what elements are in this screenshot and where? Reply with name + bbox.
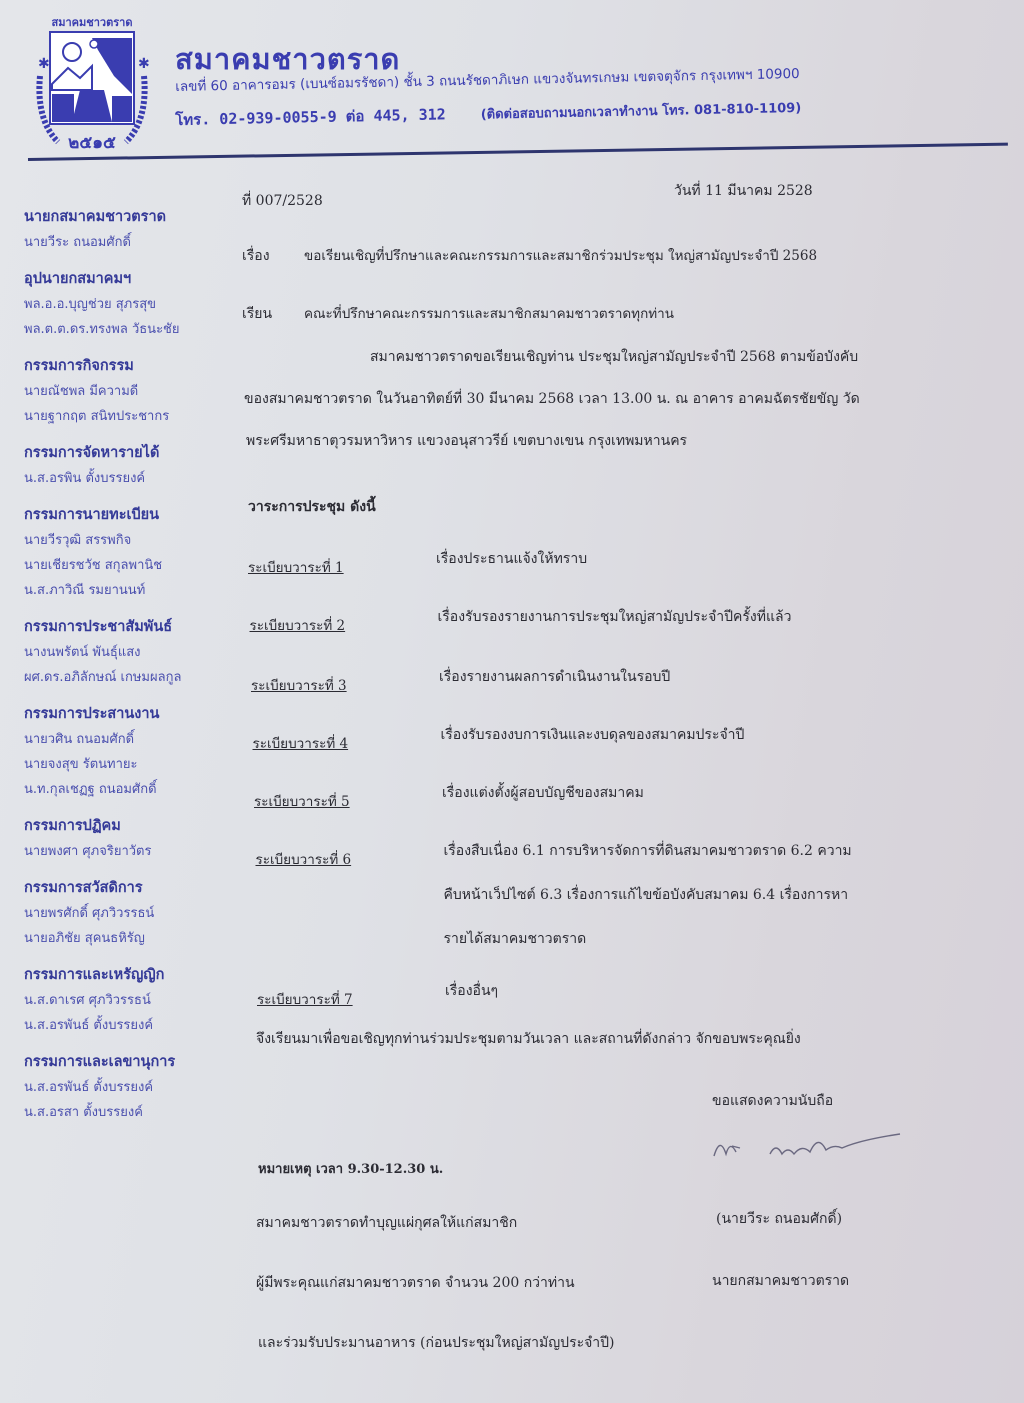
committee-title: กรรมการประสานงาน [24,702,254,727]
association-emblem-icon: สมาคมชาวตราด ✱ ✱ ๒๕๑๕ [28,10,156,158]
signer-name: (นายวีระ ถนอมศักดิ์) [716,1208,842,1230]
note-line: และร่วมรับประมานอาหาร (ก่อนประชุมใหญ่สาม… [258,1332,615,1354]
signer-title: นายกสมาคมชาวตราด [712,1270,849,1292]
committee-title: กรรมการปฏิคม [24,814,254,839]
committee-member: นางนพรัตน์ พันธุ์แสง [24,640,254,665]
note-label: หมายเหตุ เวลา 9.30-12.30 น. [258,1158,443,1179]
body-paragraph-line: พระศรีมหาธาตุวรมหาวิหาร แขวงอนุสาวรีย์ เ… [246,430,687,452]
agenda-item-text: เรื่องสืบเนื่อง 6.1 การบริหารจัดการที่ดิ… [444,840,852,862]
committee-member: น.ส.อรสา ตั้งบรรยงค์ [24,1100,254,1125]
regards-text: ขอแสดงความนับถือ [712,1090,833,1112]
committee-member: นายพรศักดิ์ ศุภวิวรรธน์ [24,901,254,926]
committee-member: นายณัชพล มีความดี [24,379,254,404]
committee-list: นายกสมาคมชาวตราดนายวีระ ถนอมศักดิ์อุปนาย… [24,205,254,1137]
committee-group: กรรมการปฏิคมนายพงศา ศุภจริยาวัตร [24,814,254,864]
committee-member: น.ส.อรพิน ตั้งบรรยงค์ [24,466,254,491]
committee-title: กรรมการสวัสดิการ [24,876,254,901]
letterhead-divider [28,143,1008,161]
committee-group: อุปนายกสมาคมฯพล.อ.อ.บุญช่วย สุภรสุขพล.ต.… [24,267,254,342]
committee-group: นายกสมาคมชาวตราดนายวีระ ถนอมศักดิ์ [24,205,254,255]
committee-member: ผศ.ดร.อภิลักษณ์ เกษมผลกูล [24,665,254,690]
recipient-label: เรียน [242,303,304,325]
committee-group: กรรมการประสานงานนายวศิน ถนอมศักดิ์นายจงส… [24,702,254,802]
committee-title: กรรมการจัดหารายได้ [24,441,254,466]
svg-text:✱: ✱ [38,56,50,72]
committee-title: อุปนายกสมาคมฯ [24,267,254,292]
svg-text:✱: ✱ [138,56,150,72]
organization-phone: โทร. 02-939-0055-9 ต่อ 445, 312 (ติดต่อส… [175,95,801,132]
committee-member: นายจงสุข รัตนทายะ [24,752,254,777]
subject-line: เรื่องขอเรียนเชิญที่ปรึกษาและคณะกรรมการแ… [242,244,817,267]
committee-group: กรรมการประชาสัมพันธ์นางนพรัตน์ พันธุ์แสง… [24,615,254,690]
committee-member: นายฐากฤต สนิทประชากร [24,404,254,429]
committee-title: กรรมการและเลขานุการ [24,1050,254,1075]
agenda-item-text: คืบหน้าเว็ปไซต์ 6.3 เรื่องการแก้ไขข้อบัง… [444,884,849,906]
body-paragraph-line: ของสมาคมชาวตราด ในวันอาทิตย์ที่ 30 มีนาค… [244,388,860,410]
committee-member: น.ส.อรพันธ์ ตั้งบรรยงค์ [24,1013,254,1038]
agenda-heading: วาระการประชุม ดังนี้ [248,496,376,518]
signature-image [710,1126,910,1166]
committee-member: นายวศิน ถนอมศักดิ์ [24,727,254,752]
agenda-item-text: เรื่องรับรองรายงานการประชุมใหญ่สามัญประจ… [438,606,792,628]
agenda-item-number: ระเบียบวาระที่ 1 [248,556,344,578]
agenda-item-number: ระเบียบวาระที่ 7 [257,988,353,1010]
committee-member: น.ท.กุลเชฏฐ ถนอมศักดิ์ [24,777,254,802]
subject-text: ขอเรียนเชิญที่ปรึกษาและคณะกรรมการและสมาช… [304,248,817,264]
agenda-item-text: รายได้สมาคมชาวตราด [444,928,587,950]
committee-member: นายเชียรชวัช สกุลพานิช [24,553,254,578]
committee-member: นายวีระ ถนอมศักดิ์ [24,230,254,255]
body-paragraph-line: สมาคมชาวตราดขอเรียนเชิญท่าน ประชุมใหญ่สา… [370,346,858,368]
agenda-item-number: ระเบียบวาระที่ 6 [256,848,352,870]
committee-member: น.ส.ภาวิณี รมยานนท์ [24,578,254,603]
committee-member: นายพงศา ศุภจริยาวัตร [24,839,254,864]
committee-title: กรรมการและเหรัญญิก [24,963,254,988]
agenda-item-number: ระเบียบวาระที่ 5 [254,790,350,812]
committee-group: กรรมการจัดหารายได้น.ส.อรพิน ตั้งบรรยงค์ [24,441,254,491]
committee-member: นายวีรวุฒิ สรรพกิจ [24,528,254,553]
closing-paragraph: จึงเรียนมาเพื่อขอเชิญทุกท่านร่วมประชุมตา… [256,1028,801,1050]
committee-member: พล.อ.อ.บุญช่วย สุภรสุข [24,292,254,317]
agenda-item-number: ระเบียบวาระที่ 2 [250,614,346,636]
committee-title: กรรมการกิจกรรม [24,354,254,379]
agenda-item-text: เรื่องแต่งตั้งผู้สอบบัญชีของสมาคม [442,782,644,804]
committee-title: นายกสมาคมชาวตราด [24,205,254,230]
committee-group: กรรมการและเลขานุการน.ส.อรพันธ์ ตั้งบรรยง… [24,1050,254,1125]
committee-member: น.ส.ดาเรศ ศุภวิวรรธน์ [24,988,254,1013]
committee-member: น.ส.อรพันธ์ ตั้งบรรยงค์ [24,1075,254,1100]
committee-group: กรรมการและเหรัญญิกน.ส.ดาเรศ ศุภวิวรรธน์น… [24,963,254,1038]
committee-title: กรรมการนายทะเบียน [24,503,254,528]
subject-label: เรื่อง [242,245,304,267]
agenda-item-text: เรื่องรายงานผลการดำเนินงานในรอบปี [439,666,670,688]
committee-member: พล.ต.ต.ดร.ทรงพล วัธนะชัย [24,317,254,342]
note-line: สมาคมชาวตราดทำบุญแผ่กุศลให้แก่สมาชิก [256,1212,517,1234]
reference-number: ที่ 007/2528 [242,190,323,212]
committee-title: กรรมการประชาสัมพันธ์ [24,615,254,640]
main-phone: โทร. 02-939-0055-9 ต่อ 445, 312 [175,105,446,129]
committee-member: นายอภิชัย สุคนธหิรัญ [24,926,254,951]
note-line: ผู้มีพระคุณแก่สมาคมชาวตราด จำนวน 200 กว่… [256,1272,575,1294]
svg-text:๒๕๑๕: ๒๕๑๕ [68,133,116,153]
after-hours-phone: (ติดต่อสอบถามนอกเวลาทำงาน โทร. 081-810-1… [481,101,802,123]
agenda-item-text: เรื่องอื่นๆ [445,980,498,1002]
committee-group: กรรมการกิจกรรมนายณัชพล มีความดีนายฐากฤต … [24,354,254,429]
recipient-line: เรียนคณะที่ปรึกษาคณะกรรมการและสมาชิกสมาค… [242,302,674,325]
agenda-item-text: เรื่องรับรองงบการเงินและงบดุลของสมาคมประ… [441,724,745,746]
agenda-item-text: เรื่องประธานแจ้งให้ทราบ [436,548,587,570]
agenda-item-number: ระเบียบวาระที่ 3 [251,674,347,696]
recipient-text: คณะที่ปรึกษาคณะกรรมการและสมาชิกสมาคมชาวต… [304,306,674,322]
letter-date: วันที่ 11 มีนาคม 2528 [674,180,813,202]
committee-group: กรรมการสวัสดิการนายพรศักดิ์ ศุภวิวรรธน์น… [24,876,254,951]
agenda-item-number: ระเบียบวาระที่ 4 [253,732,349,754]
svg-text:สมาคมชาวตราด: สมาคมชาวตราด [52,16,133,29]
committee-group: กรรมการนายทะเบียนนายวีรวุฒิ สรรพกิจนายเช… [24,503,254,603]
letterhead: สมาคมชาวตราด ✱ ✱ ๒๕๑๕ สมาคมชาวตราด เลขที… [0,0,1024,165]
